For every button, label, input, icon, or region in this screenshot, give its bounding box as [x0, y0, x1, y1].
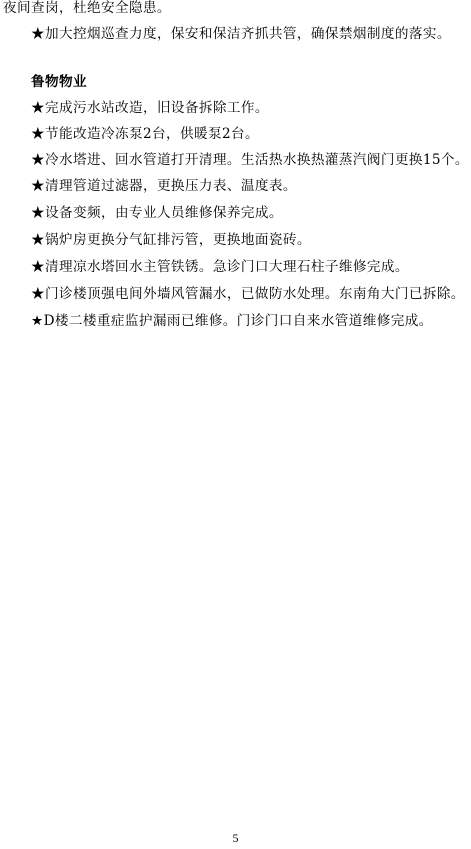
- list-item: ★冷水塔进、回水管道打开清理。生活热水换热灌蒸汽阀门更换15个。: [31, 152, 469, 168]
- list-item: ★门诊楼顶强电间外墙风管漏水，已做防水处理。东南角大门已拆除。: [31, 286, 465, 302]
- list-item: ★清理凉水塔回水主管铁锈。急诊门口大理石柱子维修完成。: [31, 259, 409, 275]
- document-page: 夜间查岗，杜绝安全隐患。 ★加大控烟巡查力度，保安和保洁齐抓共管，确保禁烟制度的…: [0, 0, 471, 849]
- continuation-text: 夜间查岗，杜绝安全隐患。: [3, 0, 171, 16]
- list-item: ★清理管道过滤器，更换压力表、温度表。: [31, 178, 297, 194]
- list-item: ★设备变频，由专业人员维修保养完成。: [31, 205, 283, 221]
- list-item: ★完成污水站改造，旧设备拆除工作。: [31, 100, 269, 116]
- list-item: ★D楼二楼重症监护漏雨已维修。门诊门口自来水管道维修完成。: [31, 313, 433, 329]
- list-item: ★锅炉房更换分气缸排污管，更换地面瓷砖。: [31, 232, 311, 248]
- section-heading: 鲁物物业: [31, 74, 87, 90]
- list-item: ★加大控烟巡查力度，保安和保洁齐抓共管，确保禁烟制度的落实。: [31, 26, 451, 42]
- page-number: 5: [0, 831, 471, 845]
- list-item: ★节能改造冷冻泵2台，供暖泵2台。: [31, 126, 259, 142]
